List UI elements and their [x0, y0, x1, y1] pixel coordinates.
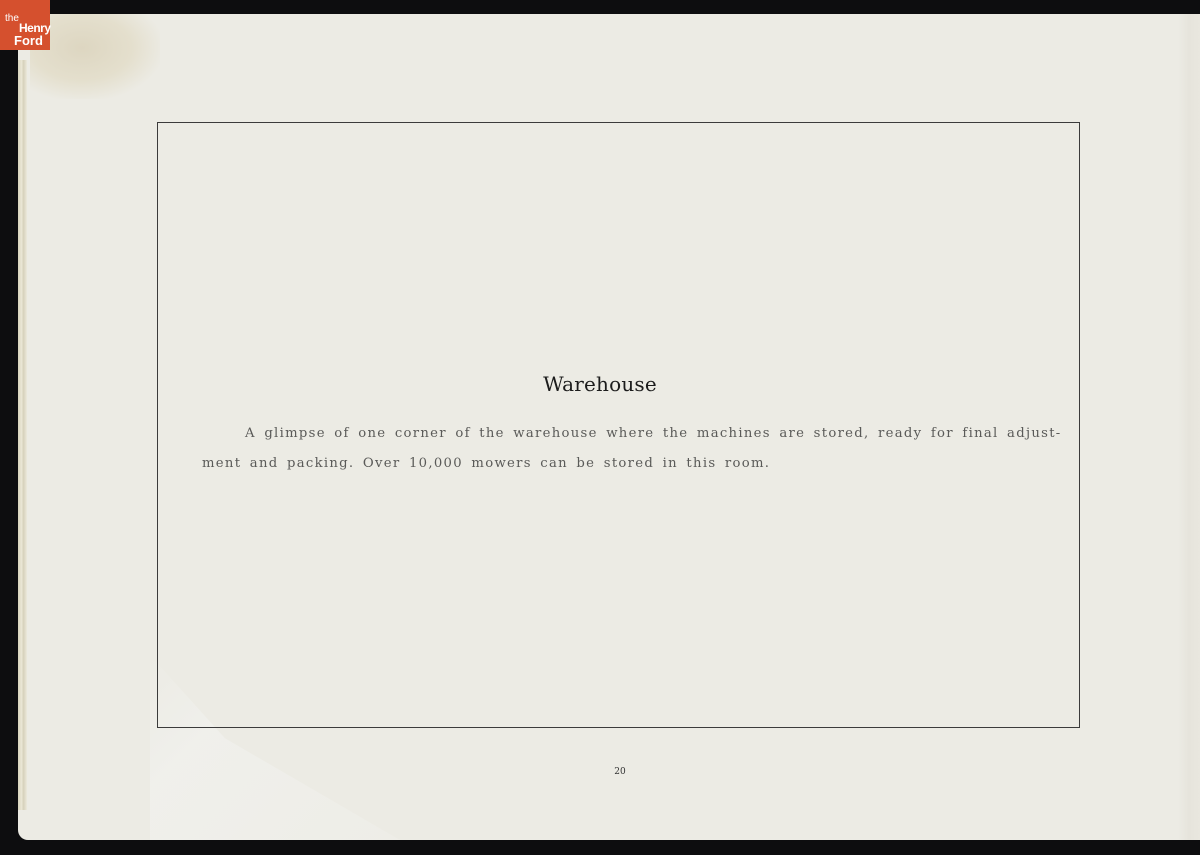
logo-ford: Ford [14, 34, 43, 47]
page-number: 20 [0, 767, 1200, 777]
page-binding-edge [18, 60, 27, 810]
page-title: Warehouse [0, 372, 1200, 396]
caption-line-1: A glimpse of one corner of the warehouse… [245, 426, 1087, 441]
plate-frame [157, 122, 1080, 728]
henry-ford-logo: the Henry Ford [0, 0, 50, 50]
caption-line-2: ment and packing. Over 10,000 mowers can… [202, 456, 1044, 471]
page-right-edge [1178, 14, 1200, 840]
logo-the: the [5, 14, 19, 24]
